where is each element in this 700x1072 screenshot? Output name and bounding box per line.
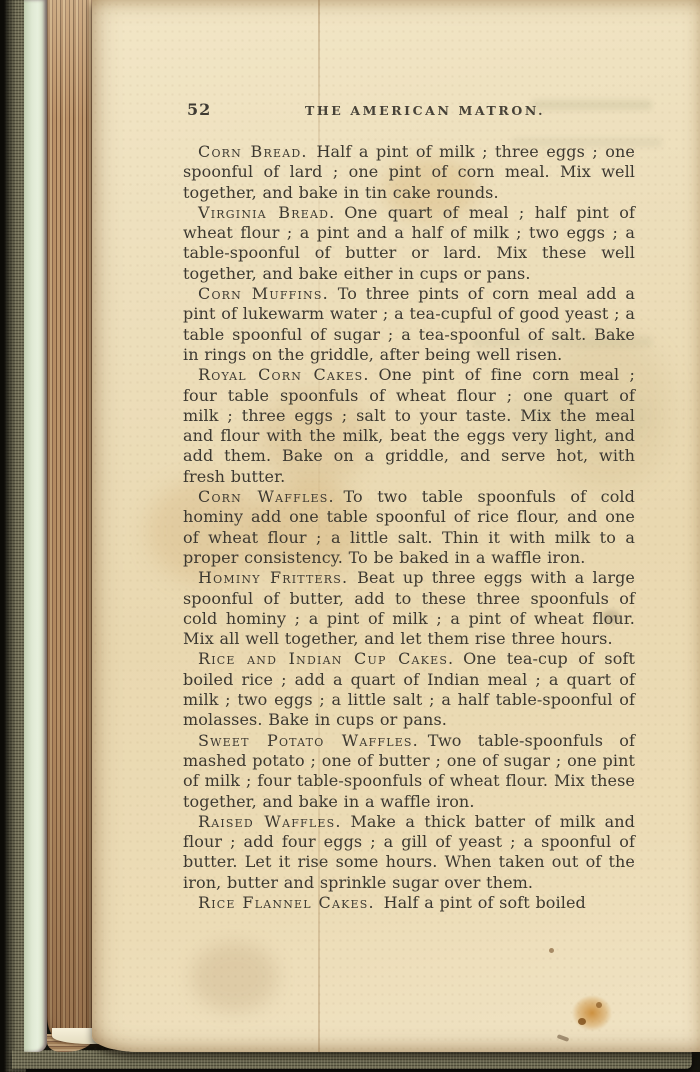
stain (572, 995, 612, 1031)
stain (596, 1002, 602, 1008)
recipe-corn-bread: Corn Bread.Half a pint of milk ; three e… (183, 142, 635, 203)
book-page: 52 THE AMERICAN MATRON. Corn Bread.Half … (92, 0, 700, 1052)
recipe-virginia-bread: Virginia Bread.One quart of meal ; half … (183, 203, 635, 284)
stain (549, 948, 554, 953)
recipe-raised-waffles: Raised Waffles.Make a thick batter of mi… (183, 812, 635, 893)
recipe-title: Sweet Potato Waffles. (198, 731, 419, 750)
page-header: 52 THE AMERICAN MATRON. (183, 100, 635, 122)
book-photo: 52 THE AMERICAN MATRON. Corn Bread.Half … (0, 0, 700, 1072)
page-edge-stack (47, 0, 94, 1046)
recipe-title: Royal Corn Cakes. (198, 365, 370, 384)
recipe-rice-and-indian-cup-cakes: Rice and Indian Cup Cakes.One tea-cup of… (183, 649, 635, 730)
recipe-title: Corn Muffins. (198, 284, 329, 303)
book-cover-cloth-bottom (12, 1050, 692, 1069)
recipe-title: Corn Bread. (198, 142, 308, 161)
recipe-title: Virginia Bread. (198, 203, 335, 222)
running-header: THE AMERICAN MATRON. (199, 103, 651, 118)
recipe-royal-corn-cakes: Royal Corn Cakes.One pint of fine corn m… (183, 365, 635, 487)
recipe-title: Corn Waffles. (198, 487, 335, 506)
recipe-body: Half a pint of soft boiled (384, 893, 586, 912)
page-content: Corn Bread.Half a pint of milk ; three e… (183, 142, 635, 913)
endpaper-strip (24, 0, 47, 1052)
stain (557, 1034, 570, 1042)
book-cover-cloth-left (0, 0, 26, 1072)
recipe-corn-waffles: Corn Waffles.To two table spoonfuls of c… (183, 487, 635, 568)
stain (578, 1018, 586, 1025)
recipe-title: Rice and Indian Cup Cakes. (198, 649, 454, 668)
recipe-hominy-fritters: Hominy Fritters.Beat up three eggs with … (183, 568, 635, 649)
recipe-sweet-potato-waffles: Sweet Potato Waffles.Two table-spoonfuls… (183, 731, 635, 812)
recipe-corn-muffins: Corn Muffins.To three pints of corn meal… (183, 284, 635, 365)
recipe-title: Raised Waffles. (198, 812, 342, 831)
recipe-rice-flannel-cakes: Rice Flannel Cakes.Half a pint of soft b… (183, 893, 635, 913)
stain (192, 942, 277, 1012)
recipe-title: Rice Flannel Cakes. (198, 893, 375, 912)
recipe-title: Hominy Fritters. (198, 568, 348, 587)
